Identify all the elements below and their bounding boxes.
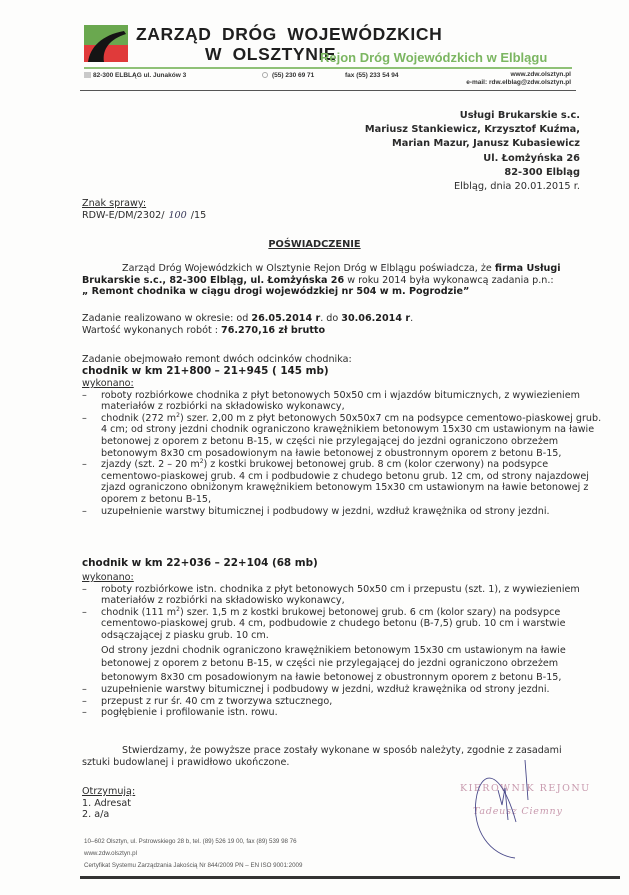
reference-label: Znak sprawy: bbox=[82, 198, 146, 210]
works-value: 76.270,16 zł brutto bbox=[221, 325, 325, 336]
phone-icon bbox=[262, 72, 268, 78]
list-item: uzupełnienie warstwy bitumicznej i podbu… bbox=[82, 684, 602, 696]
recipients-item: 1. Adresat bbox=[82, 798, 135, 810]
header-phone: (55) 230 69 71 bbox=[262, 72, 314, 79]
list-item: zjazdy (szt. 2 – 20 m2) z kostki brukowe… bbox=[82, 459, 602, 505]
footer-website: www.zdw.olsztyn.pl bbox=[84, 850, 137, 857]
works-list: roboty rozbiórkowe istn. chodnika z płyt… bbox=[82, 584, 602, 719]
header-bottom-rule bbox=[80, 90, 576, 91]
footer-rule bbox=[80, 876, 620, 879]
recipients-item: 2. a/a bbox=[82, 809, 135, 821]
section-1: chodnik w km 21+800 – 21+945 ( 145 mb) w… bbox=[82, 365, 602, 517]
list-item: przepust z rur śr. 40 cm z tworzywa sztu… bbox=[82, 696, 602, 708]
works-list: roboty rozbiórkowe chodnika z płyt beton… bbox=[82, 390, 602, 518]
recipient-line: Marian Mazur, Janusz Kubasiewicz bbox=[365, 137, 580, 151]
scope-line: Zadanie obejmowało remont dwóch odcinków… bbox=[82, 354, 602, 366]
region-name: Rejon Dróg Wojewódzkich w Elblągu bbox=[320, 50, 547, 65]
period-and-value: Zadanie realizowano w okresie: od 26.05.… bbox=[82, 313, 602, 336]
envelope-icon bbox=[84, 72, 91, 78]
period-line: Zadanie realizowano w okresie: od 26.05.… bbox=[82, 313, 602, 325]
letter-date: Elbląg, dnia 20.01.2015 r. bbox=[454, 181, 580, 193]
list-item: chodnik (111 m2) szer. 1,5 m z kostki br… bbox=[82, 607, 602, 684]
list-item: roboty rozbiórkowe istn. chodnika z płyt… bbox=[82, 584, 602, 607]
handwritten-number: 100 bbox=[168, 210, 186, 221]
list-item: roboty rozbiórkowe chodnika z płyt beton… bbox=[82, 390, 602, 413]
recipient-line: Usługi Brukarskie s.c. bbox=[365, 109, 580, 123]
list-item: pogłębienie i profilowanie istn. rowu. bbox=[82, 707, 602, 719]
recipient-line: Ul. Łomżyńska 26 bbox=[365, 152, 580, 166]
header-divider bbox=[84, 67, 572, 69]
recipient-address: Usługi Brukarskie s.c. Mariusz Stankiewi… bbox=[365, 109, 580, 180]
header-website: www.zdw.olsztyn.pl bbox=[466, 71, 571, 79]
footer-address: 10–602 Olsztyn, ul. Pstrowskiego 28 b, t… bbox=[84, 838, 297, 845]
recipient-line: Mariusz Stankiewicz, Krzysztof Kuźma, bbox=[365, 123, 580, 137]
header-fax: fax (55) 233 54 94 bbox=[345, 72, 398, 79]
done-label: wykonano: bbox=[82, 378, 602, 390]
section-2: chodnik w km 22+036 – 22+104 (68 mb) wyk… bbox=[82, 557, 602, 719]
header-address: 82-300 ELBLĄG ul. Junaków 3 bbox=[84, 72, 186, 79]
recipients-block: Otrzymują: 1. Adresat 2. a/a bbox=[82, 786, 135, 821]
zdw-road-logo-icon bbox=[84, 25, 128, 62]
header-web-email: www.zdw.olsztyn.pl e-mail: rdw.elblag@zd… bbox=[466, 71, 571, 87]
section-heading: chodnik w km 22+036 – 22+104 (68 mb) bbox=[82, 557, 602, 570]
reference-number: RDW-E/DM/2302/100/15 bbox=[82, 210, 206, 222]
recipients-label: Otrzymują: bbox=[82, 786, 135, 798]
list-item: uzupełnienie warstwy bitumicznej i podbu… bbox=[82, 506, 602, 518]
footer-certificate: Certyfikat Systemu Zarządzania Jakością … bbox=[84, 862, 302, 869]
done-label: wykonano: bbox=[82, 572, 602, 584]
org-name-line1: ZARZĄD DRÓG WOJEWÓDZKICH bbox=[136, 24, 442, 45]
document-title: POŚWIADCZENIE bbox=[0, 239, 629, 250]
section-heading: chodnik w km 21+800 – 21+945 ( 145 mb) bbox=[82, 365, 602, 378]
header-email: e-mail: rdw.elblag@zdw.olsztyn.pl bbox=[466, 79, 571, 87]
value-line: Wartość wykonanych robót : 76.270,16 zł … bbox=[82, 325, 602, 337]
intro-paragraph: Zarząd Dróg Wojewódzkich w Olsztynie Rej… bbox=[82, 263, 602, 298]
org-name-line2: W OLSZTYNIE bbox=[205, 44, 336, 65]
task-name: „ Remont chodnika w ciągu drogi wojewódz… bbox=[82, 286, 469, 297]
list-item: chodnik (272 m2) szer. 2,00 m z płyt bet… bbox=[82, 413, 602, 459]
signature-icon bbox=[470, 760, 570, 860]
recipient-line: 82-300 Elbląg bbox=[365, 166, 580, 180]
